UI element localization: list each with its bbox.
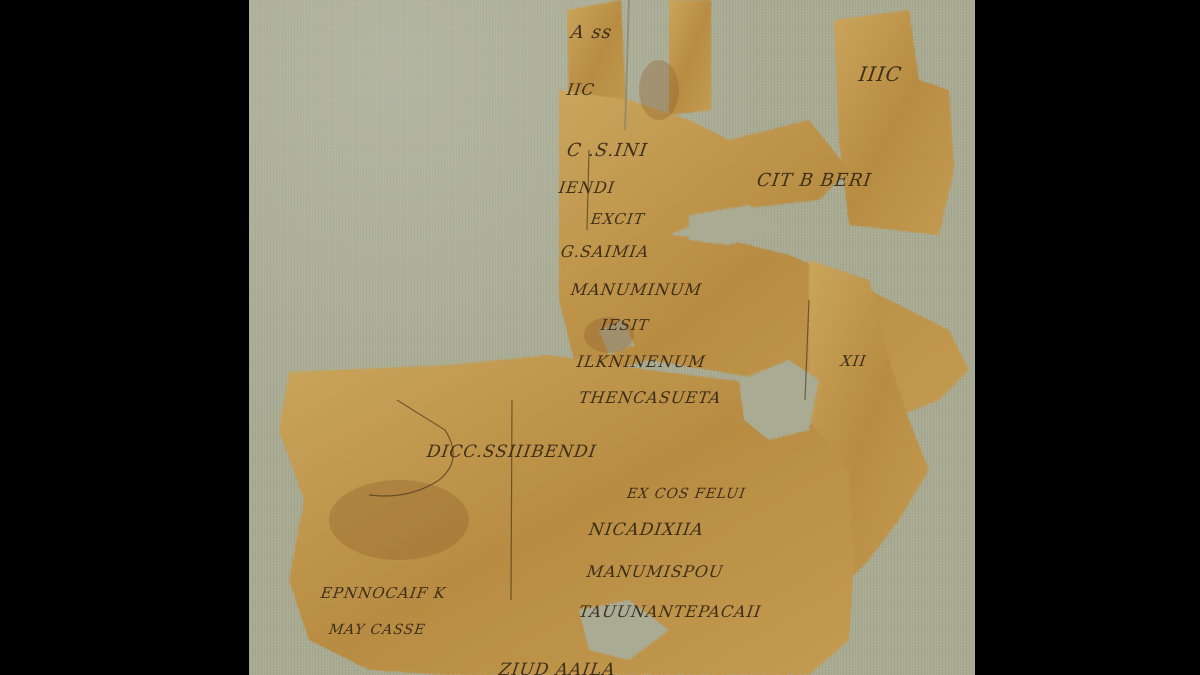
script-line: IENDI bbox=[558, 178, 617, 197]
script-line: MANUMINUM bbox=[570, 280, 704, 299]
letterbox-bar-left bbox=[0, 0, 249, 675]
script-line: ILKNINENUM bbox=[576, 352, 707, 371]
papyrus-photograph: A ssIIICIICC .S.INICIT B BERIIENDIEXCITG… bbox=[249, 0, 975, 675]
script-line: CIT B BERI bbox=[756, 170, 874, 191]
script-line: DICC.SSIIIBENDI bbox=[426, 442, 598, 462]
script-line: THENCASUETA bbox=[578, 388, 723, 407]
script-line: MANUMISPOU bbox=[586, 562, 725, 581]
script-line: NICADIXIIA bbox=[588, 520, 706, 540]
letterbox-bar-right bbox=[975, 0, 1200, 675]
script-line: ZIUD AAILA bbox=[498, 660, 618, 675]
script-line: EX COS FELUI bbox=[626, 486, 747, 502]
script-line: C .S.INI bbox=[566, 140, 650, 161]
script-line: IIIC bbox=[857, 62, 903, 86]
script-line: G.SAIMIA bbox=[560, 242, 651, 261]
script-line: EXCIT bbox=[590, 210, 646, 228]
script-line: IESIT bbox=[600, 316, 651, 334]
script-line: MAY CASSE bbox=[328, 622, 427, 638]
script-line: XII bbox=[840, 352, 868, 370]
script-line: A ss bbox=[570, 22, 614, 43]
script-line: IIC bbox=[566, 80, 597, 99]
script-line: TAUUNANTEPACAII bbox=[578, 602, 763, 621]
script-line: EPNNOCAIF K bbox=[320, 584, 448, 602]
